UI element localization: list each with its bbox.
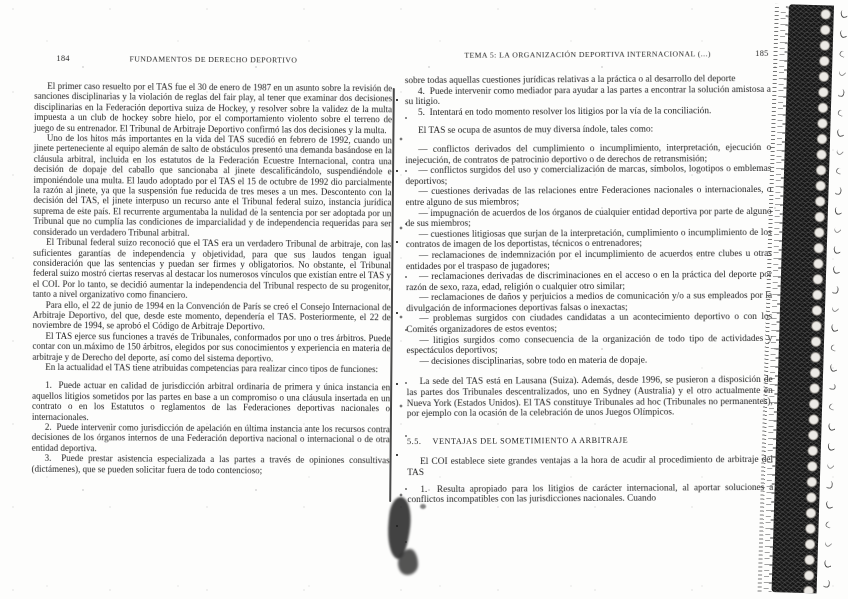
curl-mark	[832, 285, 839, 294]
paragraph: El Tribunal federal suizo reconoció que …	[33, 237, 391, 302]
curl-mark	[829, 384, 836, 391]
numbered-item: 1. Puede actuar en calidad de jurisdicci…	[32, 380, 390, 424]
right-page: TEMA 5: LA ORGANIZACIÓN DEPORTIVA INTERN…	[405, 49, 774, 506]
curl-mark	[826, 480, 833, 489]
curl-mark	[828, 402, 836, 410]
numbered-item: 2. Puede intervenir como jurisdicción de…	[32, 422, 390, 456]
paragraph: El TAS ejerce sus funciones a través de …	[32, 330, 390, 364]
paragraph: Uno de los hitos más importantes en la v…	[33, 133, 392, 240]
numbered-item: 1. Resulta apropiado para los litigios d…	[407, 482, 773, 505]
curl-mark	[825, 521, 833, 529]
curl-mark	[838, 69, 846, 77]
curl-mark	[840, 9, 848, 18]
scan-smudge	[398, 549, 418, 575]
paragraph: El COI establece siete grandes ventajas …	[407, 455, 773, 478]
curl-mark	[833, 226, 841, 234]
dash-item: — decisiones disciplinarias, sobre todo …	[406, 355, 772, 368]
left-page-header: 184 FUNDAMENTOS DE DERECHO DEPORTIVO	[34, 54, 392, 68]
right-page-header: TEMA 5: LA ORGANIZACIÓN DEPORTIVA INTERN…	[405, 49, 771, 63]
left-page: 184 FUNDAMENTOS DE DERECHO DEPORTIVO El …	[32, 54, 393, 477]
curl-mark	[832, 265, 840, 274]
numbered-item: 4. Puede intervenir como mediador para a…	[405, 84, 771, 107]
paragraph: Para ello, el 22 de junio de 1994 en la …	[33, 299, 391, 333]
dash-item: — reclamaciones derivadas de discriminac…	[406, 270, 772, 293]
dash-item: — conflictos derivados del cumplimiento …	[405, 143, 771, 166]
curl-mark	[836, 128, 844, 137]
left-page-number: 184	[56, 54, 69, 64]
paragraph: La sede del TAS está en Lausana (Suiza).…	[407, 375, 773, 420]
dash-item: — impugnación de acuerdos de los órganos…	[406, 206, 772, 229]
dash-item: — cuestiones derivadas de las relaciones…	[405, 185, 771, 208]
curl-mark	[823, 579, 830, 588]
curl-mark	[839, 50, 847, 58]
curl-mark	[837, 108, 845, 116]
dash-item: — reclamaciones de daños y perjuicios a …	[406, 291, 772, 314]
curl-mark	[826, 461, 834, 469]
dash-item: — cuestiones litigiosas que surjan de la…	[406, 228, 772, 251]
paragraph: El TAS se ocupa de asuntos de muy divers…	[405, 124, 771, 137]
curl-mark	[838, 88, 845, 97]
curl-mark	[825, 500, 833, 509]
curl-mark	[828, 422, 836, 431]
section-title: VENTAJAS DEL SOMETIMIENTO A ARBITRAJE	[432, 436, 628, 446]
curl-mark	[834, 206, 842, 215]
paragraph: En la actualidad el TAS tiene atribuidas…	[32, 362, 390, 375]
curl-mark	[829, 363, 837, 372]
dash-item: — reclamaciones de indemnización por el …	[406, 249, 772, 272]
scanned-book-spread: 184 FUNDAMENTOS DE DERECHO DEPORTIVO El …	[0, 0, 848, 599]
left-running-header: FUNDAMENTOS DE DERECHO DEPORTIVO	[130, 54, 298, 66]
curl-mark	[831, 323, 839, 332]
curl-mark	[824, 540, 832, 548]
curl-mark	[827, 442, 835, 451]
right-running-header: TEMA 5: LA ORGANIZACIÓN DEPORTIVA INTERN…	[464, 49, 711, 61]
dash-item: — problemas surgidos con ciudades candid…	[406, 312, 772, 335]
curl-mark	[835, 187, 842, 196]
curl-mark	[839, 29, 847, 38]
dash-item: — litigios surgidos como consecuencia de…	[406, 334, 772, 357]
dash-item: — conflictos surgidos del uso y comercia…	[405, 164, 771, 187]
curl-mark	[830, 344, 838, 352]
right-page-number: 185	[755, 49, 768, 60]
curl-mark	[831, 304, 839, 312]
paragraph: El primer caso resuelto por el TAS fue e…	[34, 81, 392, 136]
numbered-item: 5. Intentará en todo momento resolver lo…	[405, 106, 771, 119]
section-number: 5.5.	[407, 437, 422, 446]
curl-mark	[835, 167, 843, 175]
curl-mark	[833, 245, 841, 254]
numbered-item: 3. Puede prestar asistencia especializad…	[32, 453, 390, 476]
curl-mark	[835, 148, 843, 156]
section-heading: 5.5.VENTAJAS DEL SOMETIMIENTO A ARBITRAJ…	[407, 435, 773, 448]
curl-mark	[824, 559, 832, 568]
spiral-binding-strip	[756, 4, 848, 594]
